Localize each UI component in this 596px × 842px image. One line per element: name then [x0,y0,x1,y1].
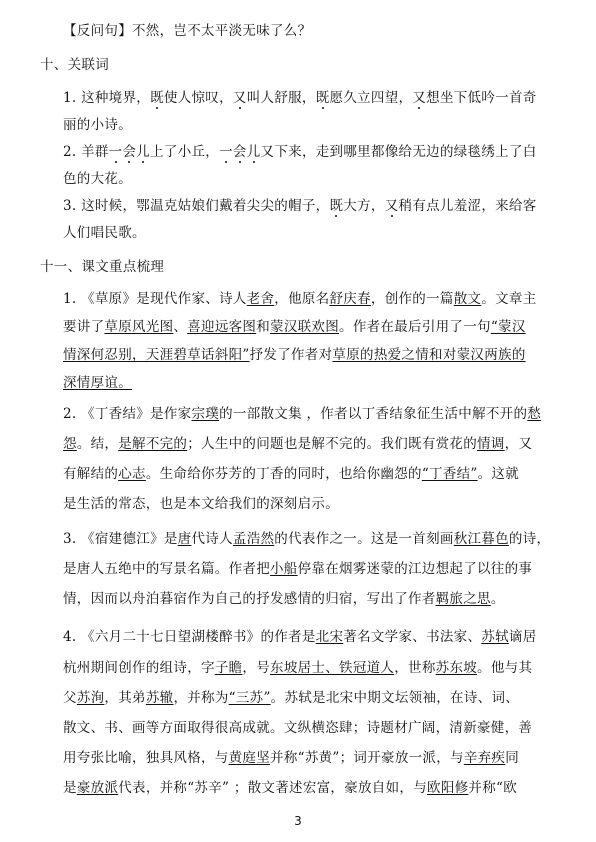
key-term: 舒庆春 [329,291,370,307]
key-term: 秋江暮色 [454,531,509,547]
text: 是唐人五绝中的写景名篇。作者把 [63,561,270,577]
key-term: 草原的热爱之情和对蒙汉两族的 [332,347,525,363]
emphasized-word: 儿 [136,144,150,160]
conjunction-item-1: 1. 这种境界，既使人惊叹，又叫人舒服，既愿久立四望，又想坐下低吟一首奇 [63,89,537,107]
emphasized-word: 既 [150,90,164,106]
para-4-line-4: 散文、书、画等方面取得很高成就。文纵横恣肆；诗题材广阔，清新豪健，善 [63,719,532,737]
emphasized-word: 又 [233,90,247,106]
para-4-line-1: 4. 《六月二十七日望湖楼醉书》的作者是北宋著名文学家、书法家、苏轼谪居 [63,628,537,646]
key-term: 东坡居士、铁冠道人 [270,660,394,676]
text: 的一部散文集 ，作者以丁香结象征生活中解不开的 [219,406,527,422]
text: 代表，并称“苏辛” ；散文著述宏富，豪放自如，与 [118,780,427,796]
key-term: 小船 [270,561,298,577]
rhetorical-question-line: 【反问句】不然，岂不太平淡无味了么？ [63,22,311,40]
text: 2. 《丁香结》是作家 [63,406,191,422]
key-term: 情调 [477,436,505,452]
text: 停靠在烟雾迷蒙的江边想起了以往的事 [298,561,533,577]
key-term: 宗璞 [191,406,219,422]
text: 谪居 [509,629,537,645]
text: 要讲了 [63,319,104,335]
key-term: 草原风光图 [104,319,173,335]
text: 的代表作之一。这是一首刻画 [274,531,453,547]
text: 代诗人 [191,531,232,547]
emphasized-word: 儿 [247,144,261,160]
para-1-line-4: 深情厚谊。 [63,374,132,392]
text: 。生命给你芬芳的丁香的同时，也给你幽怨的 [146,466,422,482]
section-title-conjunctions: 十、关联词 [40,56,109,74]
text: ，创作的一篇 [371,291,454,307]
text: 和 [256,319,270,335]
key-term: “丁香结” [422,466,478,482]
emphasized-word: 一 [109,144,123,160]
text: 4. 《六月二十七日望湖楼醉书》的作者是 [63,629,316,645]
key-term: 苏洵 [77,690,105,706]
text: 叫人舒服， [247,90,316,106]
text: ，其弟 [104,690,145,706]
text: 父 [63,690,77,706]
emphasized-word: 又 [412,90,426,106]
text: ，世称 [394,660,435,676]
key-term: 苏轼 [481,629,509,645]
text: 。结， [77,436,118,452]
conjunction-item-1-cont: 丽的小诗。 [63,116,132,134]
text: 。 [491,591,505,607]
key-term: 唐 [178,531,192,547]
text: ，又 [505,436,533,452]
key-term: 苏辙 [146,690,174,706]
text: ，他原名 [274,291,329,307]
text: 。文章主 [481,291,536,307]
conjunction-item-3-cont: 人们唱民歌。 [63,224,146,242]
key-term: 欧阳修 [427,780,468,796]
text: 又下来，走到哪里都像给无边的绿毯绣上了白 [261,144,537,160]
text: 用夸张比喻，独具风格，与 [63,750,229,766]
key-term: 辛弃疾 [464,750,505,766]
key-term: 愁 [527,406,541,422]
key-term: “蒙汉 [491,319,526,335]
key-term: 心志 [118,466,146,482]
emphasized-word: 又 [385,198,399,214]
emphasized-word: 会 [233,144,247,160]
para-4-line-3: 父苏洵，其弟苏辙，并称为“三苏”。苏轼是北宋中期文坛领袖，在诗、词、 [63,689,519,707]
para-1-line-3: 情深何忍别，天涯碧草话斜阳”抒发了作者对草原的热爱之情和对蒙汉两族的 [63,346,526,364]
emphasized-word: 既 [329,198,343,214]
page-number: 3 [0,814,596,828]
text: 3. 这时候，鄂温克姑娘们戴着尖尖的帽子， [63,198,329,214]
text: 2. 羊群 [63,144,109,160]
text: 。这就 [478,466,519,482]
text: 是 [63,780,77,796]
text: 并称“欧 [468,780,517,796]
key-term: 散文 [454,291,482,307]
para-3-line-1: 3. 《宿建德江》是唐代诗人孟浩然的代表作之一。这是一首刻画秋江暮色的诗， [63,530,550,548]
key-term: “三苏” [229,690,271,706]
text: 。他与其 [477,660,532,676]
text: 大方， [343,198,384,214]
key-term: 喜迎远客图 [187,319,256,335]
text: 。苏轼是北宋中期文坛领袖，在诗、词、 [271,690,519,706]
text: 1. 《草原》是现代作家、诗人 [63,291,247,307]
text: ；人生中的问题也是解不完的。我们既有赏花的 [187,436,477,452]
key-term: 子瞻 [215,660,243,676]
para-2-line-3: 有解结的心志。生命给你芬芳的丁香的同时，也给你幽怨的“丁香结”。这就 [63,465,519,483]
key-term: 孟浩然 [233,531,274,547]
para-1-line-2: 要讲了草原风光图、喜迎远客图和蒙汉联欢图。作者在最后引用了一句“蒙汉 [63,318,526,336]
key-term: 黄庭坚 [229,750,270,766]
text: 稍有点儿羞涩，来给客 [399,198,537,214]
text: 3. 《宿建德江》是 [63,531,178,547]
text: 、 [173,319,187,335]
document-page: 【反问句】不然，岂不太平淡无味了么？ 十、关联词 1. 这种境界，既使人惊叹，又… [0,0,596,842]
text: 杭州期间创作的组诗，字 [63,660,215,676]
text: 抒发了作者对 [250,347,333,363]
text: ，并称为 [173,690,228,706]
key-term: 北宋 [316,629,344,645]
key-term: 羁旅之思 [436,591,491,607]
key-term: 怨 [63,436,77,452]
para-4-line-2: 杭州期间创作的组诗，字子瞻，号东坡居士、铁冠道人，世称苏东坡。他与其 [63,659,532,677]
key-term: 豪放派 [77,780,118,796]
text: 愿久立四望， [330,90,413,106]
text: 同 [505,750,519,766]
para-2-line-4: 是生活的常态，也是本文给我们的深刻启示。 [63,495,339,513]
text: 有解结的 [63,466,118,482]
conjunction-item-3: 3. 这时候，鄂温克姑娘们戴着尖尖的帽子，既大方，又稍有点儿羞涩，来给客 [63,197,537,215]
emphasized-word: 既 [316,90,330,106]
para-2-line-1: 2. 《丁香结》是作家宗璞的一部散文集 ，作者以丁香结象征生活中解不开的愁 [63,405,541,423]
section-title-key-points: 十一、课文重点梳理 [40,258,164,276]
text: 著名文学家、书法家、 [343,629,481,645]
key-term: 蒙汉联欢图 [270,319,339,335]
para-1-line-1: 1. 《草原》是现代作家、诗人老舍，他原名舒庆春，创作的一篇散文。文章主 [63,290,537,308]
para-4-line-6: 是豪放派代表，并称“苏辛” ；散文著述宏富，豪放自如，与欧阳修并称“欧 [63,779,517,797]
conjunction-item-2: 2. 羊群一会儿上了小丘，一会儿又下来，走到哪里都像给无边的绿毯绣上了白 [63,143,537,161]
emphasized-word: 会 [122,144,136,160]
para-3-line-3: 情，因而以舟泊暮宿作为自己的抒发感情的归宿，写出了作者羁旅之思。 [63,590,505,608]
text: 想坐下低吟一首奇 [426,90,536,106]
key-term: 情深何忍别，天涯碧草话斜阳” [63,347,250,363]
text: 1. 这种境界， [63,90,150,106]
key-term: 深情厚谊。 [63,375,132,391]
conjunction-item-2-cont: 色的大花。 [63,170,132,188]
para-3-line-2: 是唐人五绝中的写景名篇。作者把小船停靠在烟雾迷蒙的江边想起了以往的事 [63,560,532,578]
emphasized-word: 一 [219,144,233,160]
para-4-line-5: 用夸张比喻，独具风格，与黄庭坚并称“苏黄”；词开豪放一派，与辛弃疾同 [63,749,519,767]
text: 。作者在最后引用了一句 [339,319,491,335]
text: 的诗， [509,531,550,547]
key-term: 苏东坡 [436,660,477,676]
para-2-line-2: 怨。结，是解不完的；人生中的问题也是解不完的。我们既有赏花的情调，又 [63,435,532,453]
text: 并称“苏黄”；词开豪放一派，与 [270,750,464,766]
text: 情，因而以舟泊暮宿作为自己的抒发感情的归宿，写出了作者 [63,591,436,607]
text: 上了小丘， [150,144,219,160]
key-term: 是解不完的 [118,436,187,452]
text: ，号 [242,660,270,676]
text: 使人惊叹， [164,90,233,106]
key-term: 老舍 [247,291,275,307]
